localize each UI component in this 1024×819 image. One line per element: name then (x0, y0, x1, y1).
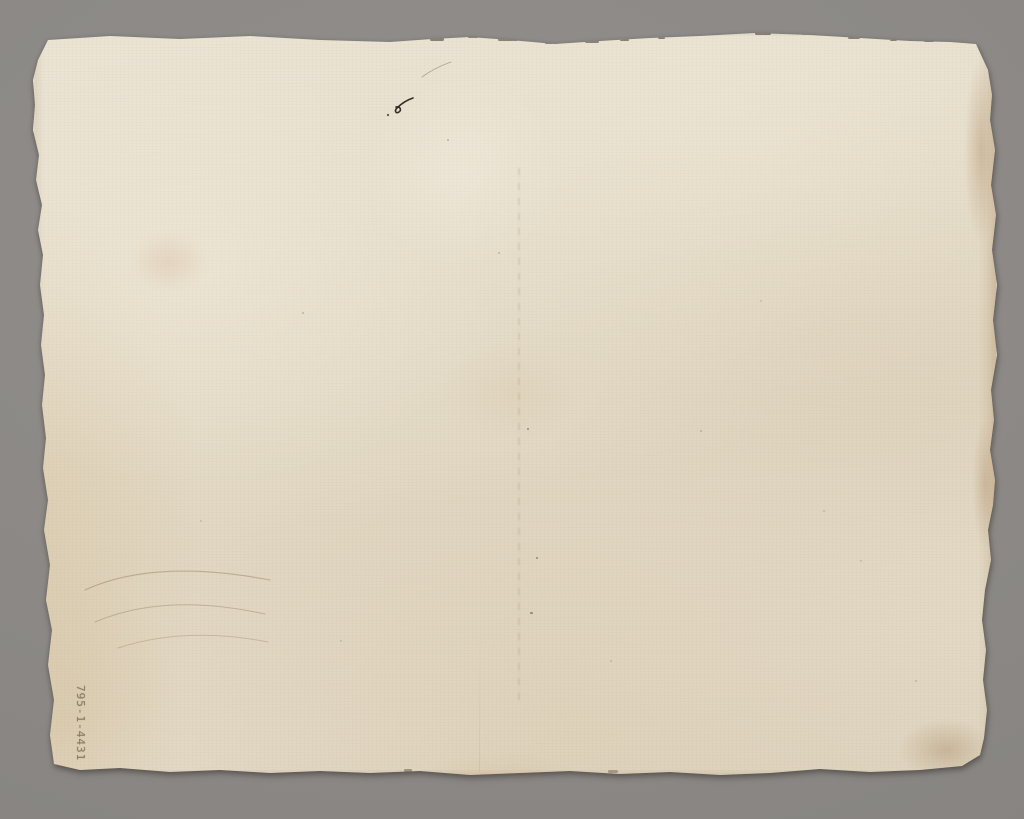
paper-sheet: 795-1-4431 (0, 0, 1024, 819)
speck (340, 640, 342, 642)
torn-edge-nick (802, 33, 811, 35)
torn-edge-nick (404, 769, 412, 772)
photo-backdrop: 795-1-4431 (0, 0, 1024, 819)
torn-edge-nick (585, 40, 599, 43)
torn-edge-nick (545, 42, 553, 44)
edge-discoloration-right (978, 0, 996, 819)
torn-edge-nick (498, 38, 518, 41)
speck (527, 428, 529, 430)
speck (915, 680, 917, 682)
torn-edge-nick (608, 770, 618, 773)
speck (530, 612, 533, 614)
stain-top-right (964, 55, 998, 245)
torn-edge-nick (658, 37, 665, 39)
torn-edge-nick (924, 40, 934, 42)
torn-edge-nick (468, 36, 478, 38)
deckle-highlight-left (30, 36, 36, 819)
edge-discoloration-left (34, 36, 44, 819)
edge-discoloration-top (0, 28, 1024, 37)
center-crease-line (518, 168, 520, 700)
paper-shadow: 795-1-4431 (0, 0, 1024, 819)
speck (860, 560, 862, 562)
accession-inscription: 795-1-4431 (73, 685, 87, 769)
speck (760, 300, 762, 302)
torn-edge-nick (890, 39, 897, 41)
scratch-marks (70, 550, 300, 655)
torn-edge-nick (620, 39, 629, 41)
fiber-hairline (420, 60, 454, 80)
speck (447, 139, 449, 141)
edge-discoloration-bottom (0, 769, 1024, 779)
ink-mark (386, 92, 418, 120)
torn-edge-nick (848, 36, 860, 39)
speck (302, 312, 304, 314)
stain-bottom-right (899, 719, 994, 781)
speck (823, 510, 825, 512)
speck (536, 557, 538, 559)
speck (700, 430, 702, 432)
torn-edge-nick (755, 32, 771, 35)
secondary-crease-line (479, 640, 480, 772)
torn-edge-nick (430, 38, 444, 41)
stain-mid-right (972, 420, 998, 550)
speck (610, 660, 612, 662)
speck (498, 252, 500, 254)
speck (200, 520, 202, 522)
